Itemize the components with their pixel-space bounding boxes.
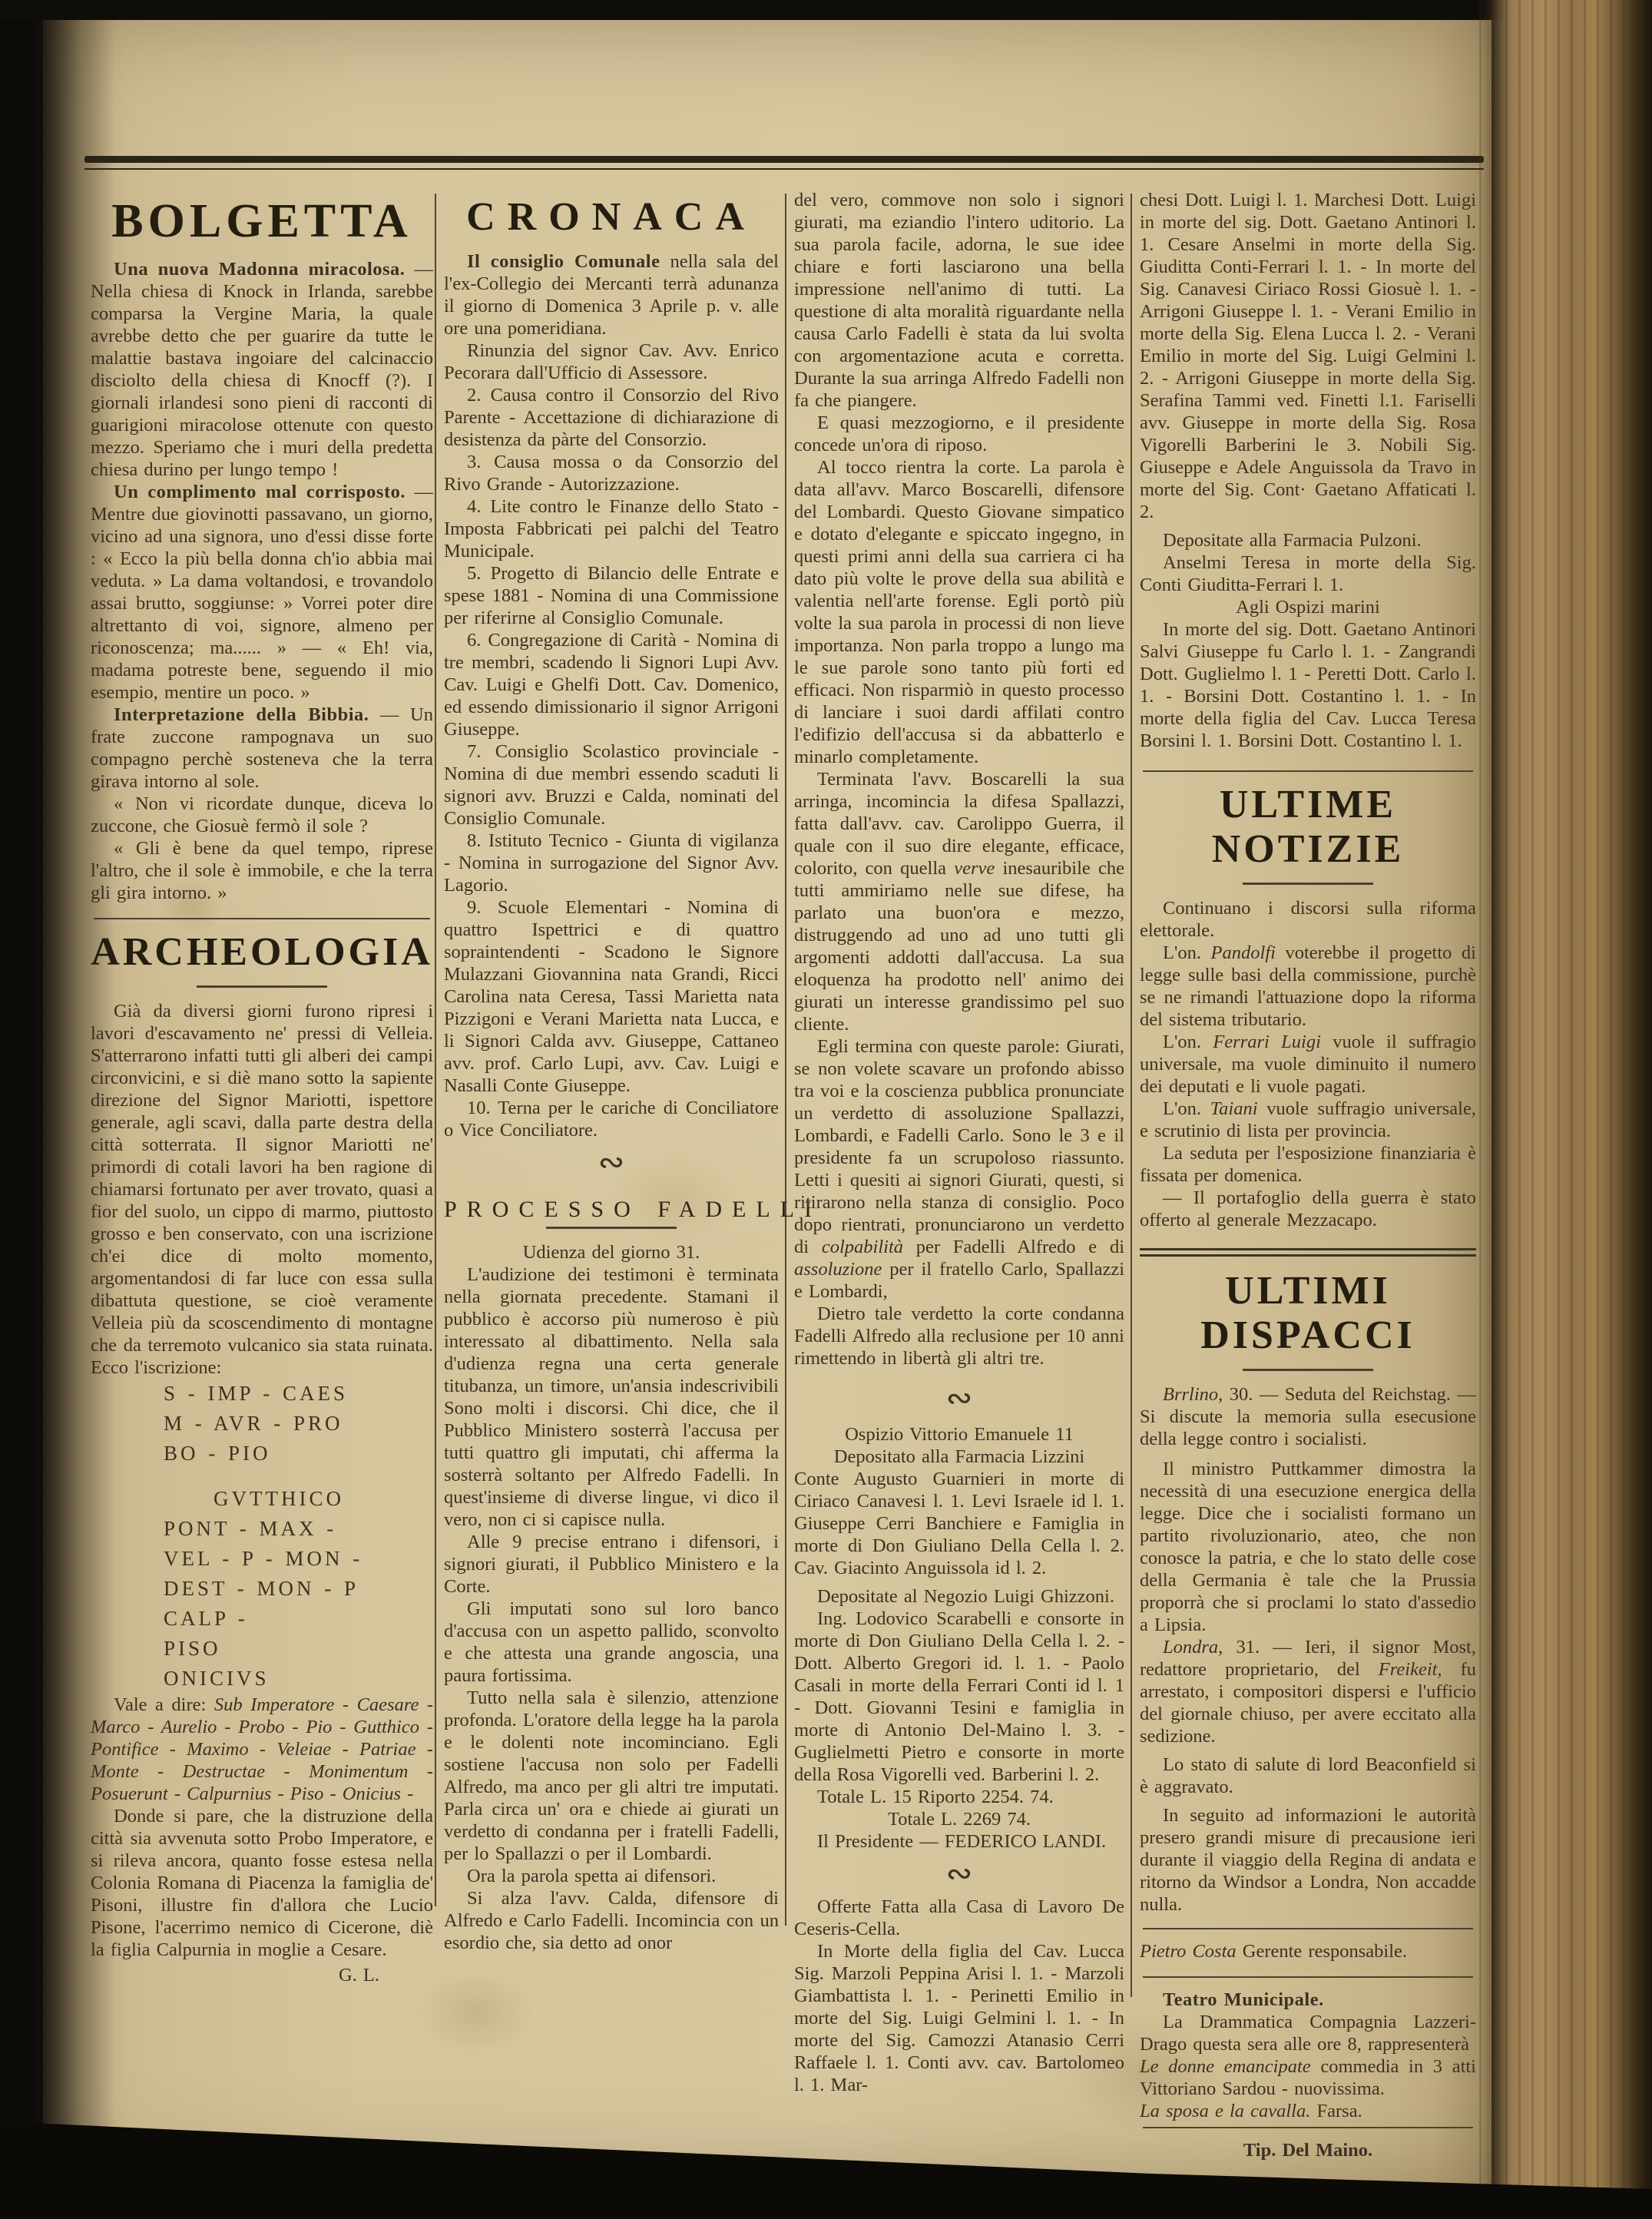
paragraph: Totale L. 2269 74. [794, 1808, 1124, 1830]
paragraph: Il Presidente — FEDERICO LANDI. [794, 1830, 1124, 1853]
inscription-line: BO - PIO [91, 1439, 433, 1469]
paragraph: La Drammatica Compagnia Lazzeri-Drago qu… [1140, 2011, 1476, 2055]
paragraph: Teatro Municipale. [1140, 1989, 1476, 2011]
column-separator [785, 194, 786, 1926]
section-title-cronaca: CRONACA [444, 195, 779, 240]
paragraph: Continuano i discorsi sulla riforma elet… [1140, 897, 1476, 942]
paragraph: « Non vi ricordate dunque, diceva lo zuc… [91, 793, 433, 837]
book-fore-edge-pages [1479, 0, 1652, 2219]
paragraph: Donde si pare, che la distruzione della … [91, 1805, 433, 1961]
paragraph: Il consiglio Comunale nella sala del l'e… [444, 250, 779, 339]
paragraph: 10. Terna per le cariche di Conciliatore… [444, 1097, 779, 1141]
ornament-glyph: ∾ [794, 1857, 1124, 1891]
inscription-line: ONICIVS [91, 1664, 433, 1694]
paragraph: Ing. Lodovico Scarabelli e consorte in m… [794, 1608, 1124, 1786]
paragraph: Offerte Fatta alla Casa di Lavoro De Ces… [794, 1896, 1124, 1940]
inscription-line: CALP - [91, 1604, 433, 1634]
paragraph: Al tocco rientra la corte. La parola è d… [794, 456, 1124, 768]
paragraph: In morte del sig. Dott. Gaetano Antinori… [1140, 618, 1476, 752]
paragraph: Una nuova Madonna miracolosa. — Nella ch… [91, 258, 433, 481]
divider-rule [94, 918, 430, 919]
divider-rule [1143, 770, 1473, 772]
masthead-rule-thick [84, 156, 1484, 163]
paragraph: Tutto nella sala è silenzio, attenzione … [444, 1687, 779, 1865]
paragraph: Conte Augusto Guarnieri in morte di Ciri… [794, 1468, 1124, 1579]
masthead-rule-thin [84, 168, 1484, 170]
paragraph: 4. Lite contro le Finanze dello Stato - … [444, 495, 779, 562]
paragraph: La sposa e la cavalla. Farsa. [1140, 2100, 1476, 2122]
paragraph: del vero, commove non solo i signori giu… [794, 189, 1124, 412]
paragraph: 9. Scuole Elementari - Nomina di quattro… [444, 896, 779, 1097]
paragraph: Ora la parola spetta ai difensori. [444, 1865, 779, 1887]
inscription-line: GVTTHICO [91, 1484, 433, 1514]
heading-rule [197, 985, 327, 988]
paragraph: 8. Istituto Tecnico - Giunta di vigilanz… [444, 830, 779, 896]
paragraph: Interpretazione della Bibbia. — Un frate… [91, 704, 433, 793]
inscription-line: DEST - MON - P [91, 1574, 433, 1604]
paragraph: « Gli è bene da quel tempo, riprese l'al… [91, 837, 433, 904]
ornament-glyph: ∾ [444, 1146, 779, 1180]
divider-rule [1143, 2127, 1473, 2128]
column-separator [435, 194, 436, 1906]
inscription-line: M - AVR - PRO [91, 1409, 433, 1439]
paragraph: Si alza l'avv. Calda, difensore di Alfre… [444, 1887, 779, 1954]
paragraph: — Il portafoglio della guerra è stato of… [1140, 1187, 1476, 1231]
divider-rule [1143, 1928, 1473, 1929]
paragraph: Egli termina con queste parole: Giurati,… [794, 1035, 1124, 1303]
paragraph: Già da diversi giorni furono ripresi i l… [91, 1000, 433, 1379]
newspaper-column-3: del vero, commove non solo i signori giu… [794, 189, 1124, 2096]
scanned-newspaper-photo: BOLGETTAUna nuova Madonna miracolosa. — … [0, 0, 1652, 2219]
paragraph: Un complimento mal corrisposto. — Mentre… [91, 481, 433, 704]
newspaper-column-1: BOLGETTAUna nuova Madonna miracolosa. — … [91, 189, 433, 1986]
paragraph: Rinunzia del signor Cav. Avv. Enrico Pec… [444, 339, 779, 384]
paragraph: 2. Causa contro il Consorzio del Rivo Pa… [444, 384, 779, 451]
paragraph: 5. Progetto di Bilancio delle Entrate e … [444, 562, 779, 629]
divider-double-rule [1140, 1248, 1476, 1257]
section-title-ultimi-dispacci: ULTIMI DISPACCI [1140, 1269, 1476, 1358]
paragraph: Depositate alla Farmacia Pulzoni. [1140, 529, 1476, 551]
paragraph: L'on. Taiani vuole suffragio universale,… [1140, 1098, 1476, 1142]
ornament-glyph: ∾ [794, 1382, 1124, 1416]
paragraph: In Morte della figlia del Cav. Lucca Sig… [794, 1940, 1124, 2096]
paragraph: Vale a dire: Sub Imperatore - Caesare - … [91, 1694, 433, 1805]
paragraph: Le donne emancipate commedia in 3 atti V… [1140, 2055, 1476, 2100]
article-subtitle: Udienza del giorno 31. [444, 1241, 779, 1264]
inscription-line: VEL - P - MON - [91, 1544, 433, 1574]
paragraph: Il ministro Puttkammer dimostra la neces… [1140, 1458, 1476, 1636]
paragraph: Londra, 31. — Ieri, il signor Most, reda… [1140, 1636, 1476, 1747]
inscription-line: S - IMP - CAES [91, 1379, 433, 1409]
newspaper-column-4: chesi Dott. Luigi l. 1. Marchesi Dott. L… [1140, 189, 1476, 2161]
paragraph: Depositate al Negozio Luigi Ghizzoni. [794, 1585, 1124, 1608]
section-title-ultime-notizie: ULTIME NOTIZIE [1140, 783, 1476, 872]
inscription-line: PISO [91, 1634, 433, 1664]
paragraph: 7. Consiglio Scolastico provinciale - No… [444, 740, 779, 830]
paragraph: chesi Dott. Luigi l. 1. Marchesi Dott. L… [1140, 189, 1476, 523]
author-initials: G. L. [91, 1964, 433, 1986]
paragraph: L'on. Ferrari Luigi vuole il suffragio u… [1140, 1031, 1476, 1098]
divider-rule [1143, 1976, 1473, 1978]
section-title-archeologia: ARCHEOLOGIA [91, 930, 433, 975]
article-title-processo-fadelli: PROCESSO FADELLI [444, 1198, 779, 1220]
section-title-bolgetta: BOLGETTA [91, 195, 433, 247]
newspaper-column-2: CRONACAIl consiglio Comunale nella sala … [444, 189, 779, 1954]
paragraph: Pietro Costa Gerente responsabile. [1140, 1940, 1476, 1962]
paragraph: L'audizione dei testimoni è terminata ne… [444, 1264, 779, 1531]
paragraph: In seguito ad informazioni le autorità p… [1140, 1804, 1476, 1916]
heading-rule [546, 1227, 677, 1229]
printer-imprint: Tip. Del Maino. [1140, 2139, 1476, 2161]
paragraph: 6. Congregazione di Carità - Nomina di t… [444, 629, 779, 740]
paragraph: Lo stato di salute di lord Beaconfield s… [1140, 1754, 1476, 1798]
paragraph: Gli imputati sono sul loro banco d'accus… [444, 1598, 779, 1687]
paragraph: Anselmi Teresa in morte della Sig. Conti… [1140, 551, 1476, 596]
inscription-line: PONT - MAX - [91, 1514, 433, 1544]
notice-heading: Agli Ospizi marini [1140, 596, 1476, 618]
paragraph: Alle 9 precise entrano i difensori, i si… [444, 1531, 779, 1598]
book-gutter-shadow [0, 0, 115, 2219]
notice-heading: Ospizio Vittorio Emanuele 11 [794, 1423, 1124, 1446]
paragraph: E quasi mezzogiorno, e il presidente con… [794, 412, 1124, 456]
notice-subheading: Depositato alla Farmacia Lizzini [794, 1446, 1124, 1468]
paragraph: Dietro tale verdetto la corte condanna F… [794, 1303, 1124, 1369]
paragraph: Totale L. 15 Riporto 2254. 74. [794, 1786, 1124, 1808]
paragraph: La seduta per l'esposizione finanziaria … [1140, 1142, 1476, 1187]
photo-top-edge [0, 0, 1652, 20]
paragraph: Terminata l'avv. Boscarelli la sua arrin… [794, 768, 1124, 1035]
paragraph: L'on. Pandolfi voterebbe il progetto di … [1140, 942, 1476, 1031]
column-separator [1131, 194, 1132, 1997]
heading-rule [1243, 1369, 1373, 1371]
heading-rule [1243, 883, 1373, 885]
paragraph: 3. Causa mossa o da Consorzio del Rivo G… [444, 451, 779, 495]
paragraph: Brrlino, 30. — Seduta del Reichstag. — S… [1140, 1383, 1476, 1450]
